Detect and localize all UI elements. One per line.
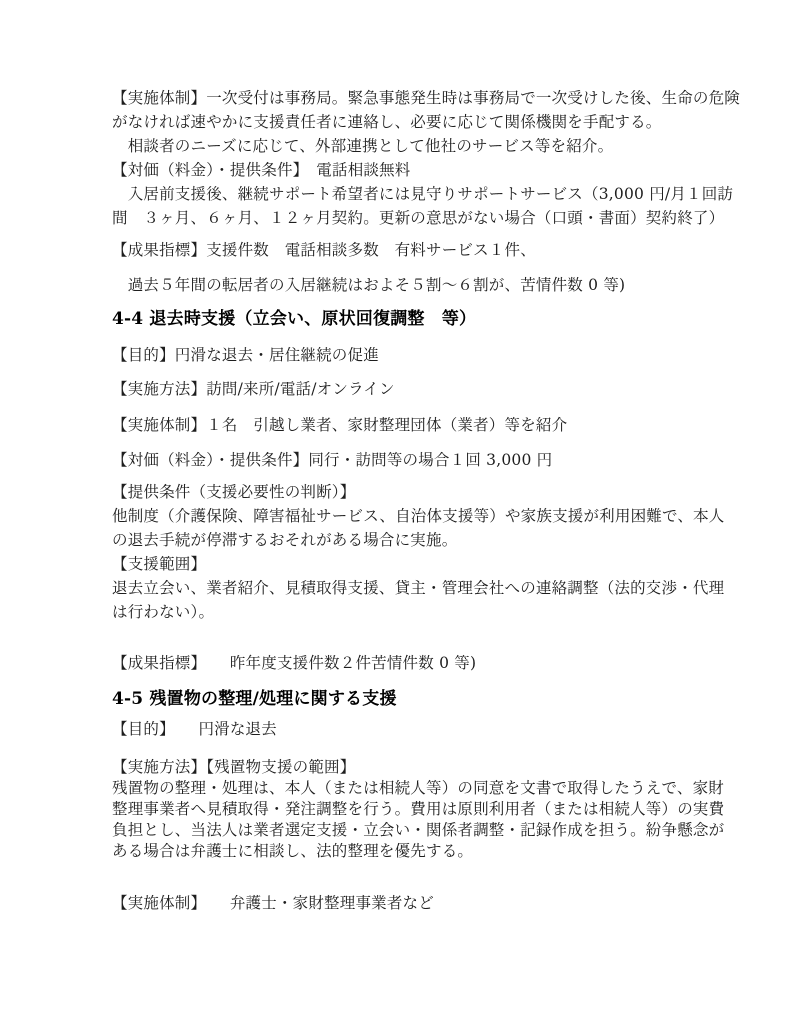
body-line: 【対価（料金）・提供条件】 電話相談無料	[112, 158, 695, 182]
conditions-line: の退去手続が停滞するおそれがある場合に実施。	[112, 528, 695, 552]
section-heading-4-5: 4-5 残置物の整理/処理に関する支援	[112, 686, 695, 712]
body-line: 入居前支援後、継続サポート希望者には見守りサポートサービス（3,000 円/月１…	[112, 182, 695, 206]
conditions-line: 【支援範囲】	[112, 552, 695, 576]
kpi-line: 【成果指標】支援件数 電話相談多数 有料サービス１件、	[112, 238, 695, 262]
body-line: 負担とし、当法人は業者選定支援・立会い・関係者調整・記録作成を担う。紛争懸念が	[112, 820, 695, 841]
conditions-line: 【提供条件（支援必要性の判断）】	[112, 480, 695, 504]
staffing-line: 【実施体制】 弁護士・家財整理事業者など	[112, 891, 695, 915]
staffing-line: 【実施体制】１名 引越し業者、家財整理団体（業者）等を紹介	[112, 413, 695, 437]
body-line: 相談者のニーズに応じて、外部連携として他社のサービス等を紹介。	[112, 134, 695, 158]
body-line: 残置物の整理・処理は、本人（または相続人等）の同意を文書で取得したうえで、家財	[112, 778, 695, 799]
method-line: 【実施方法】【残置物支援の範囲】	[112, 757, 695, 778]
body-line: 【実施体制】一次受付は事務局。緊急事態発生時は事務局で一次受けした後、生命の危険	[112, 86, 695, 110]
body-line: 整理事業者へ見積取得・発注調整を行う。費用は原則利用者（または相続人等）の実費	[112, 799, 695, 820]
conditions-line: 退去立会い、業者紹介、見積取得支援、貸主・管理会社への連絡調整（法的交渉・代理	[112, 576, 695, 600]
document-page: 【実施体制】一次受付は事務局。緊急事態発生時は事務局で一次受けした後、生命の危険…	[0, 0, 791, 1024]
section-heading-4-4: 4-4 退去時支援（立会い、原状回復調整 等）	[112, 306, 695, 332]
kpi-line: 【成果指標】 昨年度支援件数２件苦情件数 0 等)	[112, 651, 695, 675]
price-line: 【対価（料金）・提供条件】同行・訪問等の場合１回 3,000 円	[112, 448, 695, 472]
kpi-note-line: 過去５年間の転居者の入居継続はおよそ５割～６割が、苦情件数 0 等)	[112, 273, 695, 297]
conditions-line: は行わない）。	[112, 600, 695, 624]
body-line: 間 ３ヶ月、６ヶ月、１２ヶ月契約。更新の意思がない場合（口頭・書面）契約終了）	[112, 206, 695, 230]
purpose-line: 【目的】 円滑な退去	[112, 717, 695, 741]
conditions-line: 他制度（介護保険、障害福祉サービス、自治体支援等）や家族支援が利用困難で、本人	[112, 504, 695, 528]
method-line: 【実施方法】訪問/来所/電話/オンライン	[112, 377, 695, 401]
body-line: ある場合は弁護士に相談し、法的整理を優先する。	[112, 841, 695, 862]
purpose-line: 【目的】円滑な退去・居住継続の促進	[112, 343, 695, 367]
body-line: がなければ速やかに支援責任者に連絡し、必要に応じて関係機関を手配する。	[112, 110, 695, 134]
